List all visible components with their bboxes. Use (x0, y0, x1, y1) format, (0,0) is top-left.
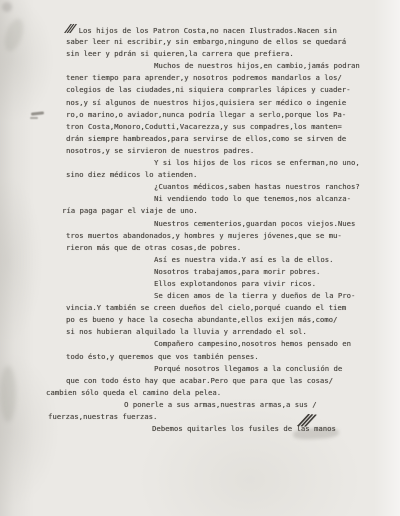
text-line: Ni vendiendo todo lo que tenemos,nos alc… (154, 193, 386, 205)
margin-dash-mark (31, 111, 44, 115)
text-line: sino diez médicos lo atienden. (66, 169, 386, 181)
margin-dash-mark-2 (30, 117, 38, 119)
text-line: Nosotros trabajamos,para morir pobres. (154, 266, 386, 278)
text-line: po es bueno y hace la cosecha abundante,… (66, 314, 386, 326)
text-line: Compañero campesino,nosotros hemos pensa… (154, 338, 386, 350)
text-line: Debemos quitarles los fusiles de las man… (152, 423, 386, 435)
text-line: vincia.Y también se creen dueños del cie… (66, 302, 386, 314)
text-line: O ponerle a sus armas,nuestras armas,a s… (124, 399, 386, 411)
margin-smudge-top (1, 16, 27, 53)
text-line: Se dicen amos de la tierra y dueños de l… (154, 290, 386, 302)
text-line: Muchos de nuestros hijos,en cambio,jamás… (154, 60, 386, 72)
text-line: que con todo ésto hay que acabar.Pero qu… (66, 375, 386, 387)
text-line: Nuestros cementerios,guardan pocos viejo… (154, 218, 386, 230)
text-line: Así es nuestra vida.Y así es la de ellos… (154, 254, 386, 266)
corner-smudge (2, 2, 12, 12)
text-line: Y si los hijos de los ricos se enferman,… (154, 157, 386, 169)
text-line: sin leer y pdrán si quieren,la carrera q… (66, 48, 386, 60)
text-line: Porqué nosotros llegamos a la conclusión… (154, 363, 386, 375)
text-line: si nos hubieran alquilado la lluvia y ar… (66, 326, 386, 338)
text-line: colegios de las ciudades,ni siquiera com… (66, 84, 386, 96)
text-line: ro,o marino,o aviador,nunca podría llega… (66, 109, 386, 121)
text-line: nos,y sí algunos de nuestros hijos,quisi… (66, 97, 386, 109)
text-line: rieron más que de otras cosas,de pobres. (66, 242, 386, 254)
text-line: tros muertos abandonados,y hombres y muj… (66, 230, 386, 242)
text-line: ¿Cuantos médicos,saben hastas nuestros r… (154, 181, 386, 193)
text-line: drán siempre hambreados,para servirse de… (66, 133, 386, 145)
text-line: saber leer ni escribir,y sin embargo,nin… (66, 36, 386, 48)
text-line: todo ésto,y queremos que vos también pen… (66, 351, 386, 363)
typewritten-text: ///Los hijos de los Patron Costa,no nace… (66, 24, 386, 435)
text-line: cambien sólo queda el camino dela pelea. (46, 387, 386, 399)
text-line: fuerzas,nuestras fuerzas. (48, 411, 386, 423)
text-line: tener tiempo para aprender,y nosotros po… (66, 72, 386, 84)
document-page: ///Los hijos de los Patron Costa,no nace… (0, 0, 400, 516)
text-line: tron Costa,Monoro,Codutti,Vacarezza,y su… (66, 121, 386, 133)
text-line: ría paga pagar el viaje de uno. (62, 205, 386, 217)
text-line: ///Los hijos de los Patron Costa,no nace… (66, 24, 386, 36)
handwritten-slashes-top: /// (65, 23, 75, 35)
text-line: nosotros,y se sirvieron de nuestros padr… (66, 145, 386, 157)
text-line: Ellos explotandonos para vivir ricos. (154, 278, 386, 290)
margin-smudge-bottom (0, 366, 16, 422)
